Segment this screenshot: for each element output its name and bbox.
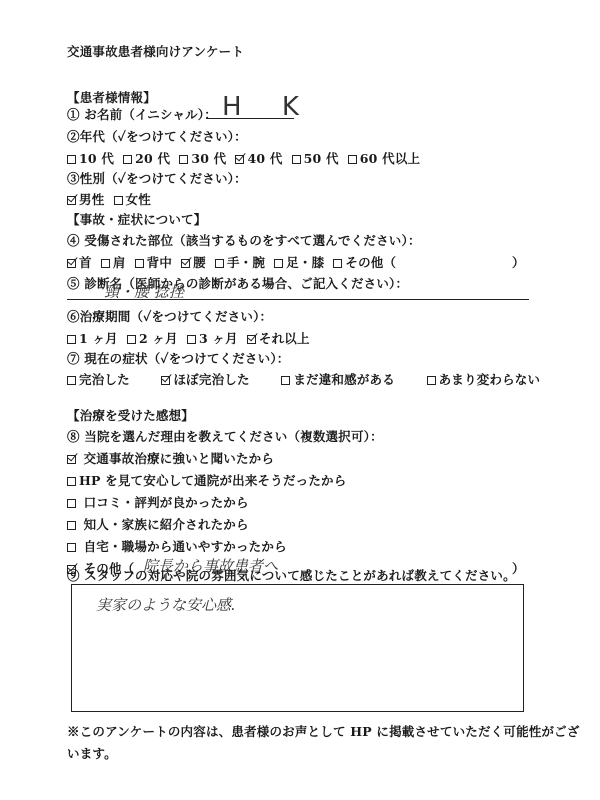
diagnosis-underline — [67, 299, 529, 300]
checkbox-40s[interactable] — [235, 155, 244, 164]
checkbox-20s[interactable] — [123, 155, 132, 164]
name-underline — [206, 118, 294, 119]
q7-label: ⑦ 現在の症状（✓をつけてください）： — [67, 349, 289, 367]
checkbox-reason-reviews[interactable] — [67, 499, 76, 508]
period-option[interactable]: 3 ヶ月 — [187, 331, 238, 346]
injury-option[interactable]: 腰 — [181, 255, 206, 270]
symptom-option[interactable]: あまり変わらない — [427, 372, 541, 387]
checkbox-10s[interactable] — [67, 155, 76, 164]
checkbox-female[interactable] — [114, 196, 123, 205]
checkbox-longer[interactable] — [247, 335, 256, 344]
checkbox-leg-knee[interactable] — [274, 259, 283, 268]
comment-text: 実家のような安心感. — [96, 594, 236, 615]
period-option[interactable]: 2 ヶ月 — [127, 331, 178, 346]
gender-options: 男性 女性 — [67, 190, 151, 208]
checkbox-hand-arm[interactable] — [215, 259, 224, 268]
injury-option[interactable]: 足・膝 — [274, 255, 324, 270]
checkbox-reason-location[interactable] — [67, 543, 76, 552]
checkbox-male[interactable] — [67, 196, 76, 205]
checkbox-reason-referral[interactable] — [67, 521, 76, 530]
period-options: 1 ヶ月 2 ヶ月 3 ヶ月 それ以上 — [67, 329, 310, 347]
injury-other-close-paren: ） — [512, 253, 525, 271]
symptom-options: 完治した ほぼ完治した まだ違和感がある あまり変わらない — [67, 370, 540, 388]
checkbox-60s-plus[interactable] — [348, 155, 357, 164]
reason-option[interactable]: 自宅・職場から通いやすかったから — [67, 537, 287, 555]
q8-label: ⑧ 当院を選んだ理由を教えてください（複数選択可）： — [67, 427, 383, 445]
age-option[interactable]: 10 代 — [67, 151, 114, 166]
q9-label: ⑨ スタッフの対応や院の雰囲気について感じたことがあれば教えてください。 — [67, 566, 516, 584]
injury-option[interactable]: その他（ — [333, 255, 396, 270]
period-option[interactable]: 1 ヶ月 — [67, 331, 118, 346]
checkbox-shoulder[interactable] — [101, 259, 110, 268]
checkbox-1-month[interactable] — [67, 335, 76, 344]
injury-option[interactable]: 背中 — [135, 255, 172, 270]
symptom-option[interactable]: 完治した — [67, 372, 130, 387]
checkbox-back[interactable] — [135, 259, 144, 268]
gender-option[interactable]: 男性 — [67, 192, 104, 207]
checkbox-reason-hp[interactable] — [67, 477, 76, 486]
symptom-option[interactable]: ほぼ完治した — [161, 372, 249, 387]
section-accident: 【事故・症状について】 — [67, 210, 206, 228]
q4-label: ④ 受傷された部位（該当するものをすべて選んでください）： — [67, 231, 421, 249]
checkbox-50s[interactable] — [292, 155, 301, 164]
injury-options: 首 肩 背中 腰 手・腕 足・膝 その他（ — [67, 253, 529, 271]
checkbox-still-discomfort[interactable] — [281, 376, 290, 385]
checkbox-lower-back[interactable] — [181, 259, 190, 268]
injury-option[interactable]: 肩 — [101, 255, 126, 270]
checkbox-3-months[interactable] — [187, 335, 196, 344]
q2-label: ②年代（✓をつけてください）： — [67, 127, 247, 145]
reason-option[interactable]: 口コミ・評判が良かったから — [67, 493, 249, 511]
checkbox-30s[interactable] — [179, 155, 188, 164]
checkbox-neck[interactable] — [67, 259, 76, 268]
q3-label: ③性別（✓をつけてください）： — [67, 169, 247, 187]
survey-title: 交通事故患者様向けアンケート — [67, 42, 244, 60]
age-option[interactable]: 30 代 — [179, 151, 226, 166]
checkbox-reason-accident-expertise[interactable] — [67, 455, 76, 464]
age-option[interactable]: 40 代 — [235, 151, 282, 166]
checkbox-injury-other[interactable] — [333, 259, 342, 268]
reason-option[interactable]: 知人・家族に紹介されたから — [67, 515, 249, 533]
checkbox-no-change[interactable] — [427, 376, 436, 385]
q6-label: ⑥治療期間（✓をつけてください）： — [67, 307, 272, 325]
symptom-option[interactable]: まだ違和感がある — [281, 372, 395, 387]
reason-option[interactable]: 交通事故治療に強いと聞いたから — [67, 449, 274, 467]
comment-box[interactable]: 実家のような安心感. — [71, 584, 524, 712]
age-option[interactable]: 50 代 — [292, 151, 339, 166]
period-option[interactable]: それ以上 — [247, 331, 310, 346]
age-option[interactable]: 20 代 — [123, 151, 170, 166]
checkbox-2-months[interactable] — [127, 335, 136, 344]
footer-note-line2: います。 — [67, 744, 117, 762]
injury-option[interactable]: 手・腕 — [215, 255, 265, 270]
reason-option[interactable]: HP を見て安心して通院が出来そうだったから — [67, 471, 346, 489]
injury-option[interactable]: 首 — [67, 255, 92, 270]
age-option[interactable]: 60 代以上 — [348, 151, 420, 166]
section-patient-info: 【患者様情報】 — [67, 88, 156, 106]
section-impressions: 【治療を受けた感想】 — [67, 406, 194, 424]
footer-note-line1: ※このアンケートの内容は、患者様のお声として HP に掲載させていただく可能性が… — [67, 722, 580, 740]
q1-label: ① お名前（イニシャル）： — [67, 105, 217, 123]
checkbox-mostly-healed[interactable] — [161, 376, 170, 385]
gender-option[interactable]: 女性 — [114, 192, 151, 207]
checkbox-fully-healed[interactable] — [67, 376, 76, 385]
age-options: 10 代 20 代 30 代 40 代 50 代 60 代以上 — [67, 149, 420, 167]
